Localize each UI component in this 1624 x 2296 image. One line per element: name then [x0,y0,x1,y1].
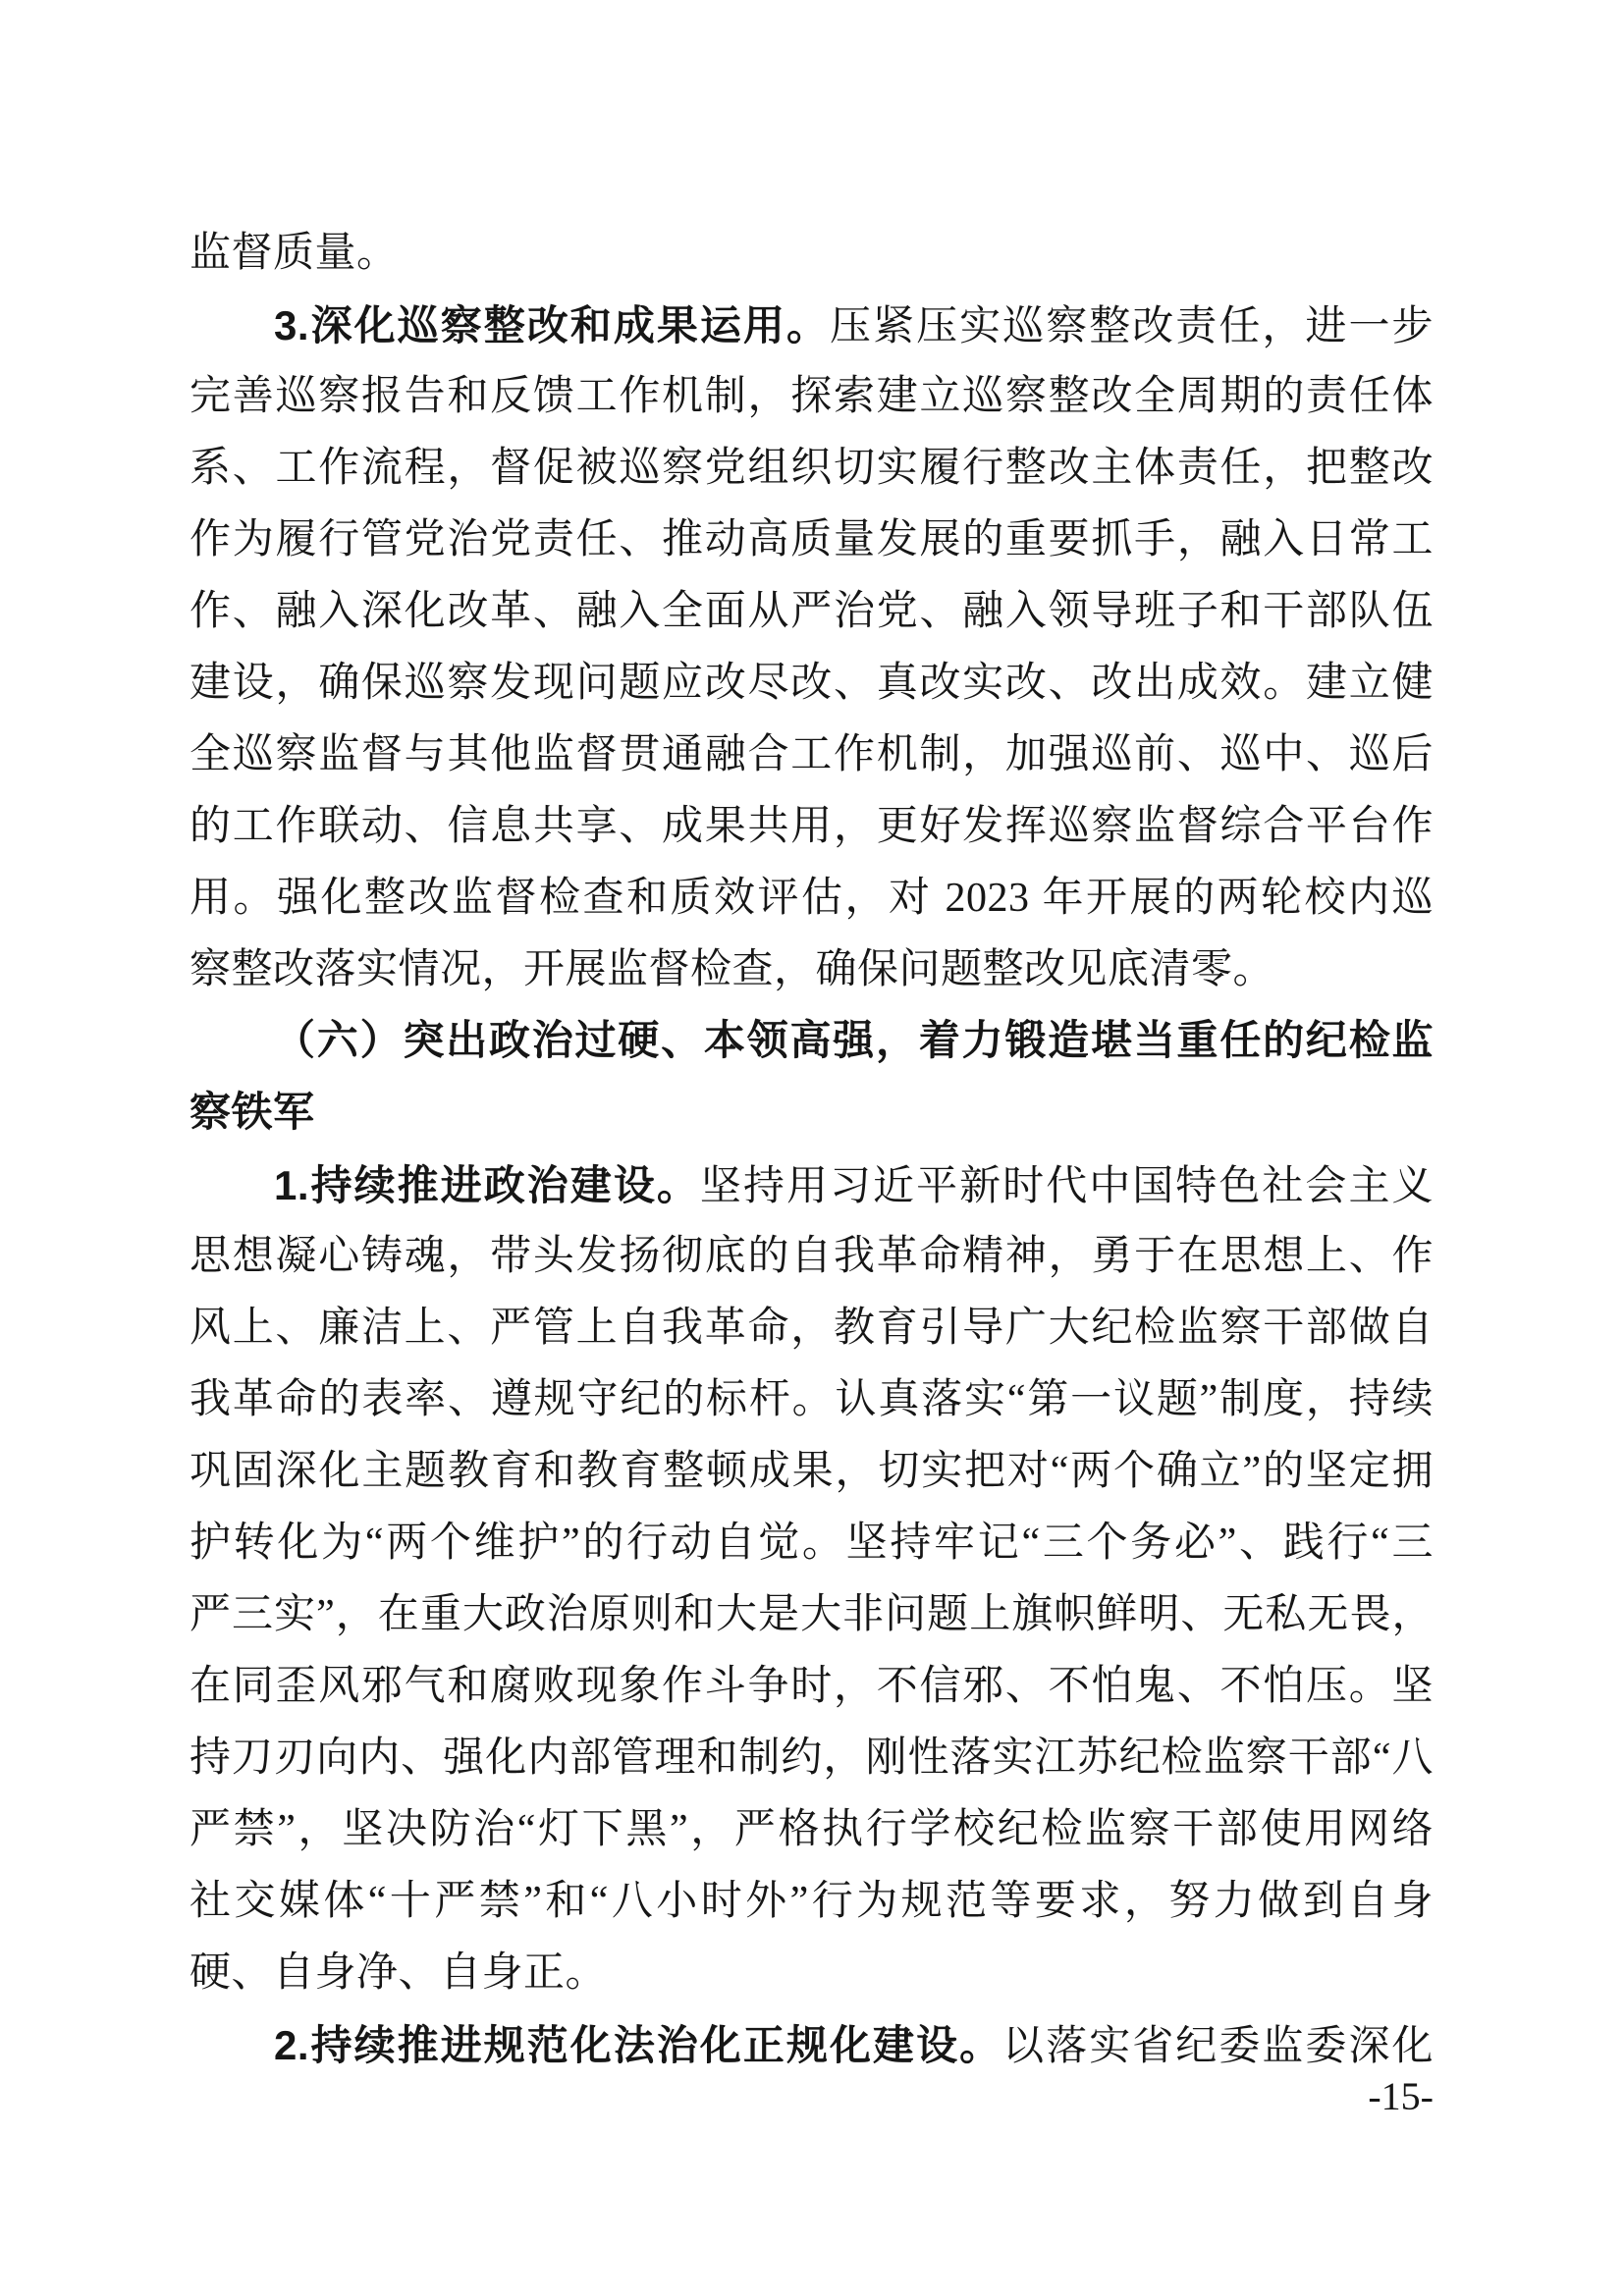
text-line: 察整改落实情况，开展监督检查，确保问题整改见底清零。 [189,934,1434,1006]
paragraph-lead-text: 3.深化巡察整改和成果运用。 [274,302,830,348]
text-line: 严三实”，在重大政治原则和大是大非问题上旗帜鲜明、无私无畏， [189,1579,1434,1651]
section-heading-text: 察铁军 [189,1091,315,1136]
text-line: 持刀刃向内、强化内部管理和制约，刚性落实江苏纪检监察干部“八 [189,1723,1434,1794]
text-line: 监督质量。 [189,218,1434,290]
body-text: 风上、廉洁上、严管上自我革命，教育引导广大纪检监察干部做自 [189,1306,1434,1351]
body-text: 巩固深化主题教育和教育整顿成果，切实把对“两个确立”的坚定拥 [189,1449,1434,1494]
body-text: 作为履行管党治党责任、推动高质量发展的重要抓手，融入日常工 [189,517,1434,562]
text-line: 3.深化巡察整改和成果运用。压紧压实巡察整改责任，进一步 [189,290,1434,361]
body-text: 监督质量。 [189,231,399,276]
body-text: 建设，确保巡察发现问题应改尽改、真改实改、改出成效。建立健 [189,661,1434,706]
text-line: 完善巡察报告和反馈工作机制，探索建立巡察整改全周期的责任体 [189,361,1434,433]
text-line: 护转化为“两个维护”的行动自觉。坚持牢记“三个务必”、践行“三 [189,1508,1434,1579]
body-text: 的工作联动、信息共享、成果共用，更好发挥巡察监督综合平台作 [189,804,1434,849]
body-text: 硬、自身净、自身正。 [189,1950,607,1996]
text-line: 建设，确保巡察发现问题应改尽改、真改实改、改出成效。建立健 [189,648,1434,720]
text-line: （六）突出政治过硬、本领高强，着力锻造堪当重任的纪检监 [189,1006,1434,1078]
document-page: 监督质量。3.深化巡察整改和成果运用。压紧压实巡察整改责任，进一步完善巡察报告和… [0,0,1624,2296]
text-line: 全巡察监督与其他监督贯通融合工作机制，加强巡前、巡中、巡后 [189,720,1434,791]
body-text: 以落实省纪委监委深化 [1002,2024,1434,2069]
text-line: 严禁”，坚决防治“灯下黑”，严格执行学校纪检监察干部使用网络 [189,1794,1434,1866]
body-text: 用。强化整改监督检查和质效评估，对 2023 年开展的两轮校内巡 [189,876,1434,921]
text-line: 察铁军 [189,1078,1434,1149]
text-line: 系、工作流程，督促被巡察党组织切实履行整改主体责任，把整改 [189,433,1434,505]
body-text: 在同歪风邪气和腐败现象作斗争时，不信邪、不怕鬼、不怕压。坚 [189,1664,1434,1709]
body-text: 压紧压实巡察整改责任，进一步 [830,304,1434,349]
body-text: 坚持用习近平新时代中国特色社会主义 [700,1164,1434,1209]
body-text: 严三实”，在重大政治原则和大是大非问题上旗帜鲜明、无私无畏， [189,1592,1434,1637]
body-text: 护转化为“两个维护”的行动自觉。坚持牢记“三个务必”、践行“三 [189,1521,1434,1566]
document-body: 监督质量。3.深化巡察整改和成果运用。压紧压实巡察整改责任，进一步完善巡察报告和… [189,218,1434,2081]
body-text: 系、工作流程，督促被巡察党组织切实履行整改主体责任，把整改 [189,446,1434,491]
body-text: 全巡察监督与其他监督贯通融合工作机制，加强巡前、巡中、巡后 [189,732,1434,777]
text-line: 社交媒体“十严禁”和“八小时外”行为规范等要求，努力做到自身 [189,1866,1434,1938]
section-heading-text: （六）突出政治过硬、本领高强，着力锻造堪当重任的纪检监 [274,1019,1434,1064]
body-text: 察整改落实情况，开展监督检查，确保问题整改见底清零。 [189,947,1274,992]
text-line: 1.持续推进政治建设。坚持用习近平新时代中国特色社会主义 [189,1149,1434,1221]
body-text: 我革命的表率、遵规守纪的标杆。认真落实“第一议题”制度，持续 [189,1377,1434,1422]
text-line: 作、融入深化改革、融入全面从严治党、融入领导班子和干部队伍 [189,576,1434,648]
page-number: -15- [189,2073,1434,2120]
text-line: 的工作联动、信息共享、成果共用，更好发挥巡察监督综合平台作 [189,791,1434,863]
body-text: 严禁”，坚决防治“灯下黑”，严格执行学校纪检监察干部使用网络 [189,1807,1434,1852]
text-line: 巩固深化主题教育和教育整顿成果，切实把对“两个确立”的坚定拥 [189,1436,1434,1508]
text-line: 用。强化整改监督检查和质效评估，对 2023 年开展的两轮校内巡 [189,863,1434,934]
text-line: 2.持续推进规范化法治化正规化建设。以落实省纪委监委深化 [189,2009,1434,2081]
text-line: 作为履行管党治党责任、推动高质量发展的重要抓手，融入日常工 [189,505,1434,576]
body-text: 持刀刃向内、强化内部管理和制约，刚性落实江苏纪检监察干部“八 [189,1735,1434,1781]
body-text: 思想凝心铸魂，带头发扬彻底的自我革命精神，勇于在思想上、作 [189,1234,1434,1279]
text-line: 风上、廉洁上、严管上自我革命，教育引导广大纪检监察干部做自 [189,1293,1434,1364]
body-text: 作、融入深化改革、融入全面从严治党、融入领导班子和干部队伍 [189,589,1434,634]
text-line: 在同歪风邪气和腐败现象作斗争时，不信邪、不怕鬼、不怕压。坚 [189,1651,1434,1723]
text-line: 我革命的表率、遵规守纪的标杆。认真落实“第一议题”制度，持续 [189,1364,1434,1436]
paragraph-lead-text: 2.持续推进规范化法治化正规化建设。 [274,2022,1002,2068]
text-line: 思想凝心铸魂，带头发扬彻底的自我革命精神，勇于在思想上、作 [189,1221,1434,1293]
body-text: 社交媒体“十严禁”和“八小时外”行为规范等要求，努力做到自身 [189,1879,1434,1924]
body-text: 完善巡察报告和反馈工作机制，探索建立巡察整改全周期的责任体 [189,374,1434,419]
text-line: 硬、自身净、自身正。 [189,1938,1434,2009]
paragraph-lead-text: 1.持续推进政治建设。 [274,1162,700,1208]
